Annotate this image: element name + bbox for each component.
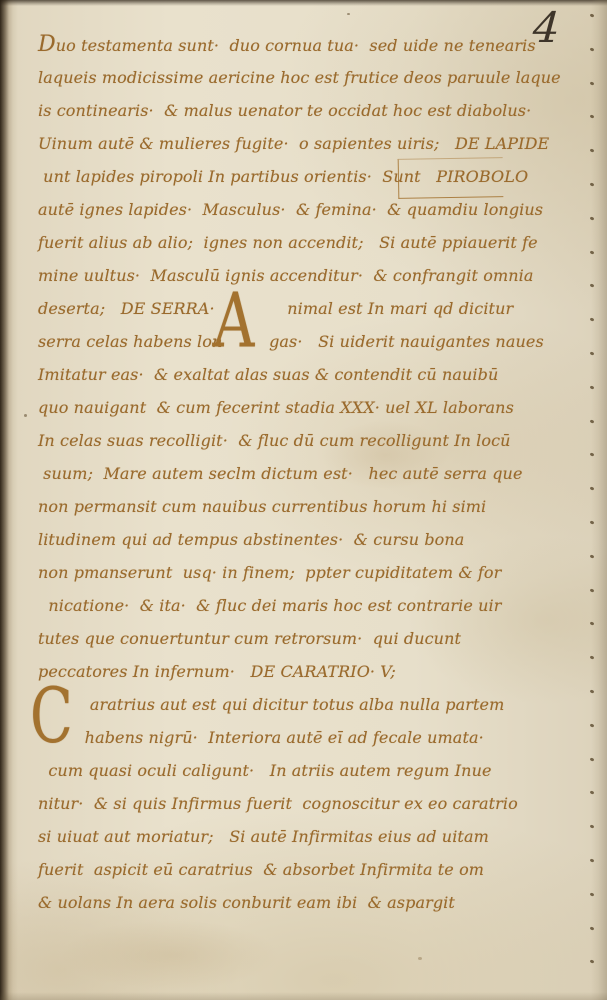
page-bottom-edge <box>0 992 607 1000</box>
manuscript-line: si uiuat aut moriatur; Si autē Infirmita… <box>38 820 583 853</box>
ink-speck <box>347 13 350 15</box>
manuscript-line: mine uultus· Masculū ignis accenditur· &… <box>38 259 583 292</box>
manuscript-line: Imitatur eas· & exaltat alas suas & cont… <box>38 358 583 391</box>
manuscript-line: nicatione· & ita· & fluc dei maris hoc e… <box>38 589 583 622</box>
manuscript-line: autē ignes lapides· Masculus· & femina· … <box>38 193 583 226</box>
manuscript-line: fuerit aspicit eū caratrius & absorbet I… <box>38 853 583 886</box>
manuscript-line: fuerit alius ab alio; ignes non accendit… <box>38 226 583 259</box>
manuscript-line: peccatores In infernum· DE CARATRIO· V; <box>38 655 583 688</box>
ink-speck <box>24 414 27 417</box>
manuscript-line: serra celas habens lon gas· Si uiderit n… <box>38 325 583 358</box>
page-gutter-edge <box>0 0 18 1000</box>
manuscript-line: nitur· & si quis Infirmus fuerit cognosc… <box>38 787 583 820</box>
manuscript-line: suum; Mare autem seclm dictum est· hec a… <box>38 457 583 490</box>
manuscript-page: 4 Duo testamenta sunt· duo cornua tua· s… <box>0 0 607 1000</box>
pirobolo-rubric-frame <box>398 157 504 199</box>
chapter-initial-a: A <box>212 283 257 358</box>
manuscript-line: In celas suas recolligit· & fluc dū cum … <box>38 424 583 457</box>
manuscript-line: tutes que conuertuntur cum retrorsum· qu… <box>38 622 583 655</box>
manuscript-line: non pmanserunt usq· in finem; ppter cupi… <box>38 556 583 589</box>
manuscript-line: Uinum autē & mulieres fugite· o sapiente… <box>38 127 583 160</box>
page-top-edge <box>0 0 607 6</box>
manuscript-line: habens nigrū· Interiora autē eī ad fecal… <box>38 721 583 754</box>
manuscript-line: Duo testamenta sunt· duo cornua tua· sed… <box>38 28 583 61</box>
manuscript-line: laqueis modicissime aericine hoc est fru… <box>38 61 583 94</box>
manuscript-line: & uolans In aera solis conburit eam ibi … <box>38 886 583 919</box>
chapter-initial-c: C <box>30 680 73 756</box>
parchment-stain <box>60 920 280 990</box>
manuscript-line: aratrius aut est qui dicitur totus alba … <box>38 688 583 721</box>
manuscript-line: deserta; DE SERRA· nimal est In mari qd … <box>38 292 583 325</box>
manuscript-line: litudinem qui ad tempus abstinentes· & c… <box>38 523 583 556</box>
manuscript-line: non permansit cum nauibus currentibus ho… <box>38 490 583 523</box>
manuscript-line: quo nauigant & cum fecerint stadia XXX· … <box>38 391 583 424</box>
manuscript-line: cum quasi oculi caligunt· In atriis aute… <box>38 754 583 787</box>
ink-speck <box>418 957 422 960</box>
manuscript-line: is continearis· & malus uenator te occid… <box>38 94 583 127</box>
